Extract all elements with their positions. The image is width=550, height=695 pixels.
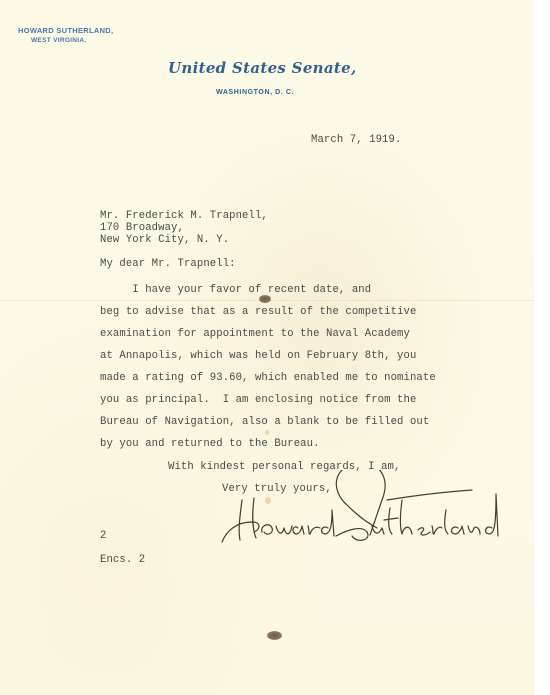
enclosures-note: Encs. 2 — [100, 554, 145, 566]
letterhead-sender-state: WEST VIRGINIA. — [31, 37, 86, 44]
body-line: I have your favor of recent date, and — [100, 284, 371, 296]
letter-paper: HOWARD SUTHERLAND, WEST VIRGINIA. United… — [0, 0, 534, 695]
letterhead-sender-name: HOWARD SUTHERLAND, — [18, 26, 113, 35]
handwritten-signature — [212, 470, 512, 550]
recipient-city: New York City, N. Y. — [100, 234, 229, 246]
typist-mark: 2 — [100, 530, 106, 542]
letterhead-institution: United States Senate, — [168, 59, 356, 77]
body-line: you as principal. I am enclosing notice … — [100, 394, 416, 406]
body-line: Bureau of Navigation, also a blank to be… — [100, 416, 429, 428]
letter-date: March 7, 1919. — [311, 134, 401, 146]
body-line: beg to advise that as a result of the co… — [100, 306, 416, 318]
ink-blot-mark — [267, 631, 282, 640]
recipient-name: Mr. Frederick M. Trapnell, — [100, 210, 268, 222]
body-line: at Annapolis, which was held on February… — [100, 350, 416, 362]
stain-spot — [265, 430, 269, 435]
ink-blot-mark — [259, 295, 271, 303]
body-line: made a rating of 93.60, which enabled me… — [100, 372, 436, 384]
salutation: My dear Mr. Trapnell: — [100, 258, 236, 270]
body-line: by you and returned to the Bureau. — [100, 438, 320, 450]
body-line: examination for appointment to the Naval… — [100, 328, 410, 340]
recipient-street: 170 Broadway, — [100, 222, 184, 234]
letterhead-city: WASHINGTON, D. C. — [216, 89, 294, 96]
stain-spot — [265, 497, 271, 504]
